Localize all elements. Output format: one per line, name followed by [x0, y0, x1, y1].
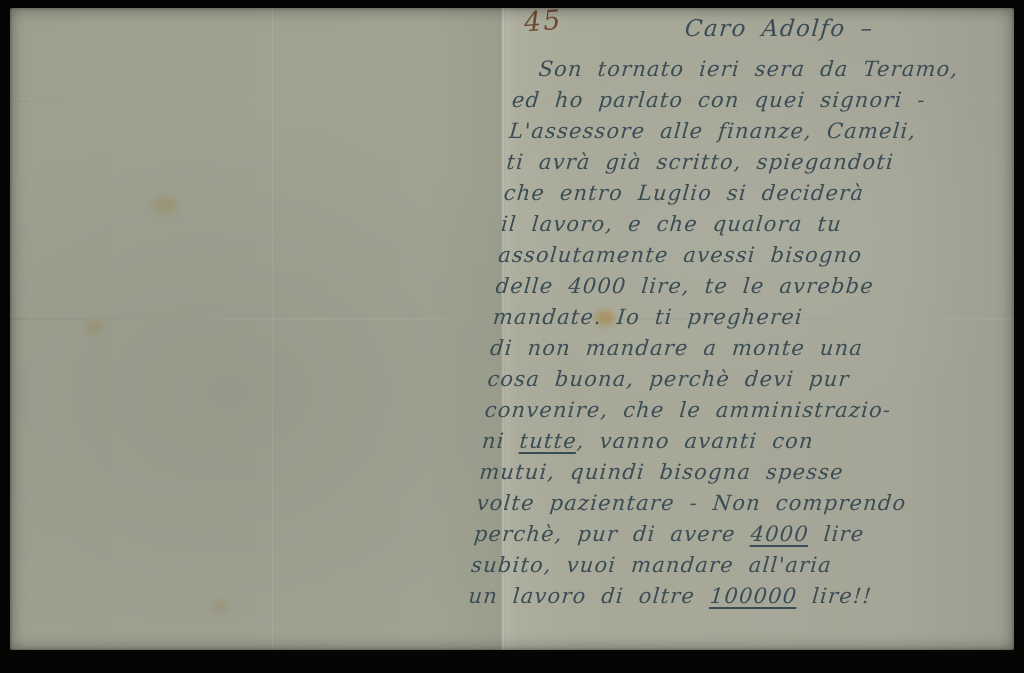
handwriting-line: che entro Luglio si deciderà — [502, 178, 1007, 209]
handwriting-segment: il lavoro, e che qualora tu — [500, 212, 843, 236]
handwriting-lines: Son tornato ieri sera da Teramo,ed ho pa… — [467, 54, 1018, 612]
handwriting-line: mandate. Io ti pregherei — [492, 302, 997, 333]
fold-crease-vertical-left — [272, 8, 273, 650]
page-number: 45 — [523, 5, 563, 39]
handwriting-segment: perchè, pur di avere — [473, 522, 752, 546]
handwriting-line: cosa buona, perchè devi pur — [486, 364, 991, 395]
stain — [152, 196, 178, 214]
handwriting-line: L'assessore alle finanze, Cameli, — [508, 116, 1013, 147]
handwriting-line: assolutamente avessi bisogno — [497, 240, 1002, 271]
handwriting-segment: che entro Luglio si deciderà — [503, 181, 865, 205]
handwriting-line: perchè, pur di avere 4000 lire — [473, 519, 978, 550]
handwriting-segment: di non mandare a monte una — [489, 336, 864, 360]
handwriting-line: ti avrà già scritto, spiegandoti — [505, 147, 1010, 178]
handwriting-segment: mandate. Io ti pregherei — [492, 305, 804, 329]
handwriting-segment: volte pazientare - Non comprendo — [476, 491, 908, 515]
handwriting-line: un lavoro di oltre 100000 lire!! — [467, 581, 972, 612]
handwriting-segment: , vanno avanti con — [576, 429, 815, 453]
handwriting-segment: delle 4000 lire, te le avrebbe — [495, 274, 875, 298]
handwriting-line: convenire, che le amministrazio- — [483, 395, 988, 426]
handwriting-line: subito, vuoi mandare all'aria — [470, 550, 975, 581]
handwriting-segment: cosa buona, perchè devi pur — [487, 367, 851, 391]
handwriting-line: delle 4000 lire, te le avrebbe — [494, 271, 999, 302]
handwriting-line: ed ho parlato con quei signori - — [511, 85, 1016, 116]
handwriting-line: il lavoro, e che qualora tu — [500, 209, 1005, 240]
handwriting-line: mutui, quindi bisogna spesse — [478, 457, 983, 488]
underlined-text: 100000 — [709, 584, 798, 608]
stain — [212, 600, 228, 612]
stain — [86, 320, 104, 334]
underlined-text: tutte — [519, 429, 578, 453]
handwriting-segment: lire — [808, 522, 866, 546]
handwriting-segment: ni — [481, 429, 521, 453]
handwriting-line: volte pazientare - Non comprendo — [475, 488, 980, 519]
handwriting-line: Son tornato ieri sera da Teramo, — [513, 54, 1018, 85]
handwriting-segment: assolutamente avessi bisogno — [497, 243, 863, 267]
handwriting-segment: Son tornato ieri sera da Teramo, — [538, 57, 960, 81]
underlined-text: 4000 — [750, 522, 810, 546]
handwriting-segment: ti avrà già scritto, spiegandoti — [506, 150, 896, 174]
handwriting-segment: convenire, che le amministrazio- — [484, 398, 893, 422]
handwriting-line: di non mandare a monte una — [489, 333, 994, 364]
letter-sheet: 45 Caro Adolfo – Son tornato ieri sera d… — [10, 8, 1014, 650]
handwriting-line: ni tutte, vanno avanti con — [481, 426, 986, 457]
handwriting-segment: subito, vuoi mandare all'aria — [470, 553, 833, 577]
handwriting-segment: un lavoro di oltre — [468, 584, 712, 608]
scan-backdrop: { "letter": { "page_number": "45", "head… — [0, 0, 1024, 673]
letter-heading: Caro Adolfo – — [684, 16, 875, 42]
handwriting-segment: mutui, quindi bisogna spesse — [478, 460, 845, 484]
handwriting-segment: ed ho parlato con quei signori - — [511, 88, 927, 112]
handwriting-segment: L'assessore alle finanze, Cameli, — [508, 119, 917, 143]
handwriting-segment: lire!! — [796, 584, 873, 608]
